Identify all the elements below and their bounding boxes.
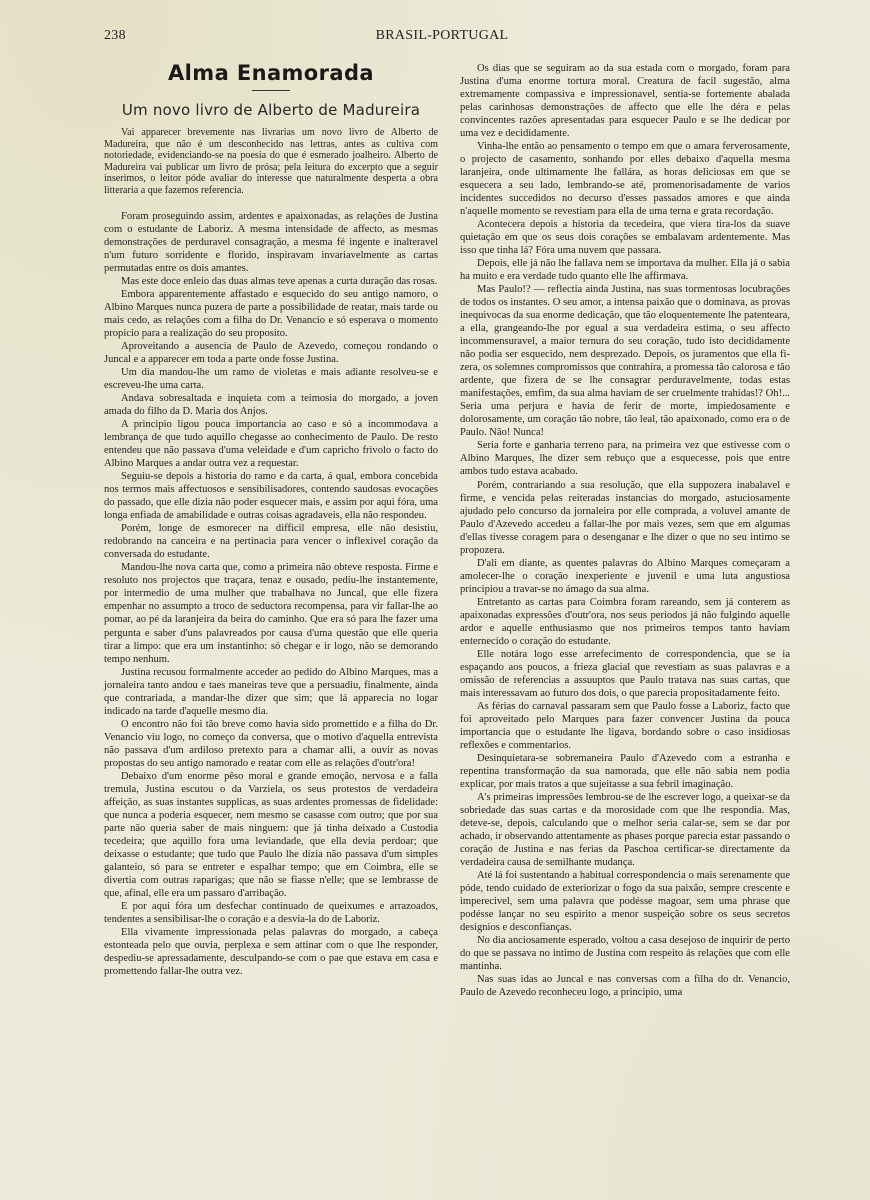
paragraph: E por aqui fóra um desfechar continuado … (104, 900, 438, 926)
article-subtitle: Um novo livro de Alberto de Madureira (104, 101, 438, 119)
paragraph: Seguiu-se depois a historia do ramo e da… (104, 470, 438, 522)
paragraph: A's primeiras impressões lembrou-se de l… (460, 791, 790, 869)
paragraph: A principio ligou pouca importancia ao c… (104, 418, 438, 470)
paragraph: Mandou-lhe nova carta que, como a primei… (104, 561, 438, 665)
paragraph: Entretanto as cartas para Coimbra foram … (460, 596, 790, 648)
paragraph: Acontecera depois a historia da tecedeir… (460, 218, 790, 257)
paragraph: Ella vivamente impressionada pelas palav… (104, 926, 438, 978)
paragraph: Vinha-lhe então ao pensamento o tempo em… (460, 140, 790, 218)
paragraph: Debaixo d'um enorme pêso moral e grande … (104, 770, 438, 900)
paragraph: Aproveitando a ausencia de Paulo de Azev… (104, 340, 438, 366)
paragraph: Embora apparentemente affastado e esquec… (104, 288, 438, 340)
right-column: Os dias que se seguiram ao da sua estada… (460, 62, 790, 999)
journal-title: BRASIL-PORTUGAL (104, 28, 780, 44)
paragraph: Justina recusou formalmente acceder ao p… (104, 666, 438, 718)
paragraph: Os dias que se seguiram ao da sua estada… (460, 62, 790, 140)
article-intro: Vai apparecer brevemente nas livrarias u… (104, 127, 438, 196)
magazine-page: 238 BRASIL-PORTUGAL Alma Enamorada Um no… (0, 0, 870, 1200)
paragraph: No dia anciosamente esperado, voltou a c… (460, 934, 790, 973)
paragraph: Mas Paulo!? — reflectia ainda Justina, n… (460, 283, 790, 439)
paragraph: Foram proseguindo assim, ardentes e apai… (104, 210, 438, 275)
paragraph: Porém, longe de esmorecer na difficil em… (104, 522, 438, 561)
running-header: 238 BRASIL-PORTUGAL (104, 28, 780, 46)
paragraph: Seria forte e ganharia terreno para, na … (460, 439, 790, 478)
paragraph: Andava sobresaltada e inquieta com a tei… (104, 392, 438, 418)
paragraph: Até lá foi sustentando a habitual corres… (460, 869, 790, 934)
article-title: Alma Enamorada (104, 62, 438, 84)
title-divider (252, 90, 290, 91)
paragraph: Depois, elle já não lhe fallava nem se i… (460, 257, 790, 283)
paragraph: As férias do carnaval passaram sem que P… (460, 700, 790, 752)
paragraph: Desinquietara-se sobremaneira Paulo d'Az… (460, 752, 790, 791)
paragraph: D'ali em diante, as quentes palavras do … (460, 557, 790, 596)
paragraph: Elle notára logo esse arrefecimento de c… (460, 648, 790, 700)
paragraph: Porém, contrariando a sua resolução, que… (460, 479, 790, 557)
paragraph: Mas este doce enleio das duas almas teve… (104, 275, 438, 288)
paragraph: Nas suas idas ao Juncal e nas conversas … (460, 973, 790, 999)
left-column: Alma Enamorada Um novo livro de Alberto … (104, 62, 438, 978)
paragraph: O encontro não foi tão breve como havia … (104, 718, 438, 770)
paragraph: Um dia mandou-lhe um ramo de violetas e … (104, 366, 438, 392)
